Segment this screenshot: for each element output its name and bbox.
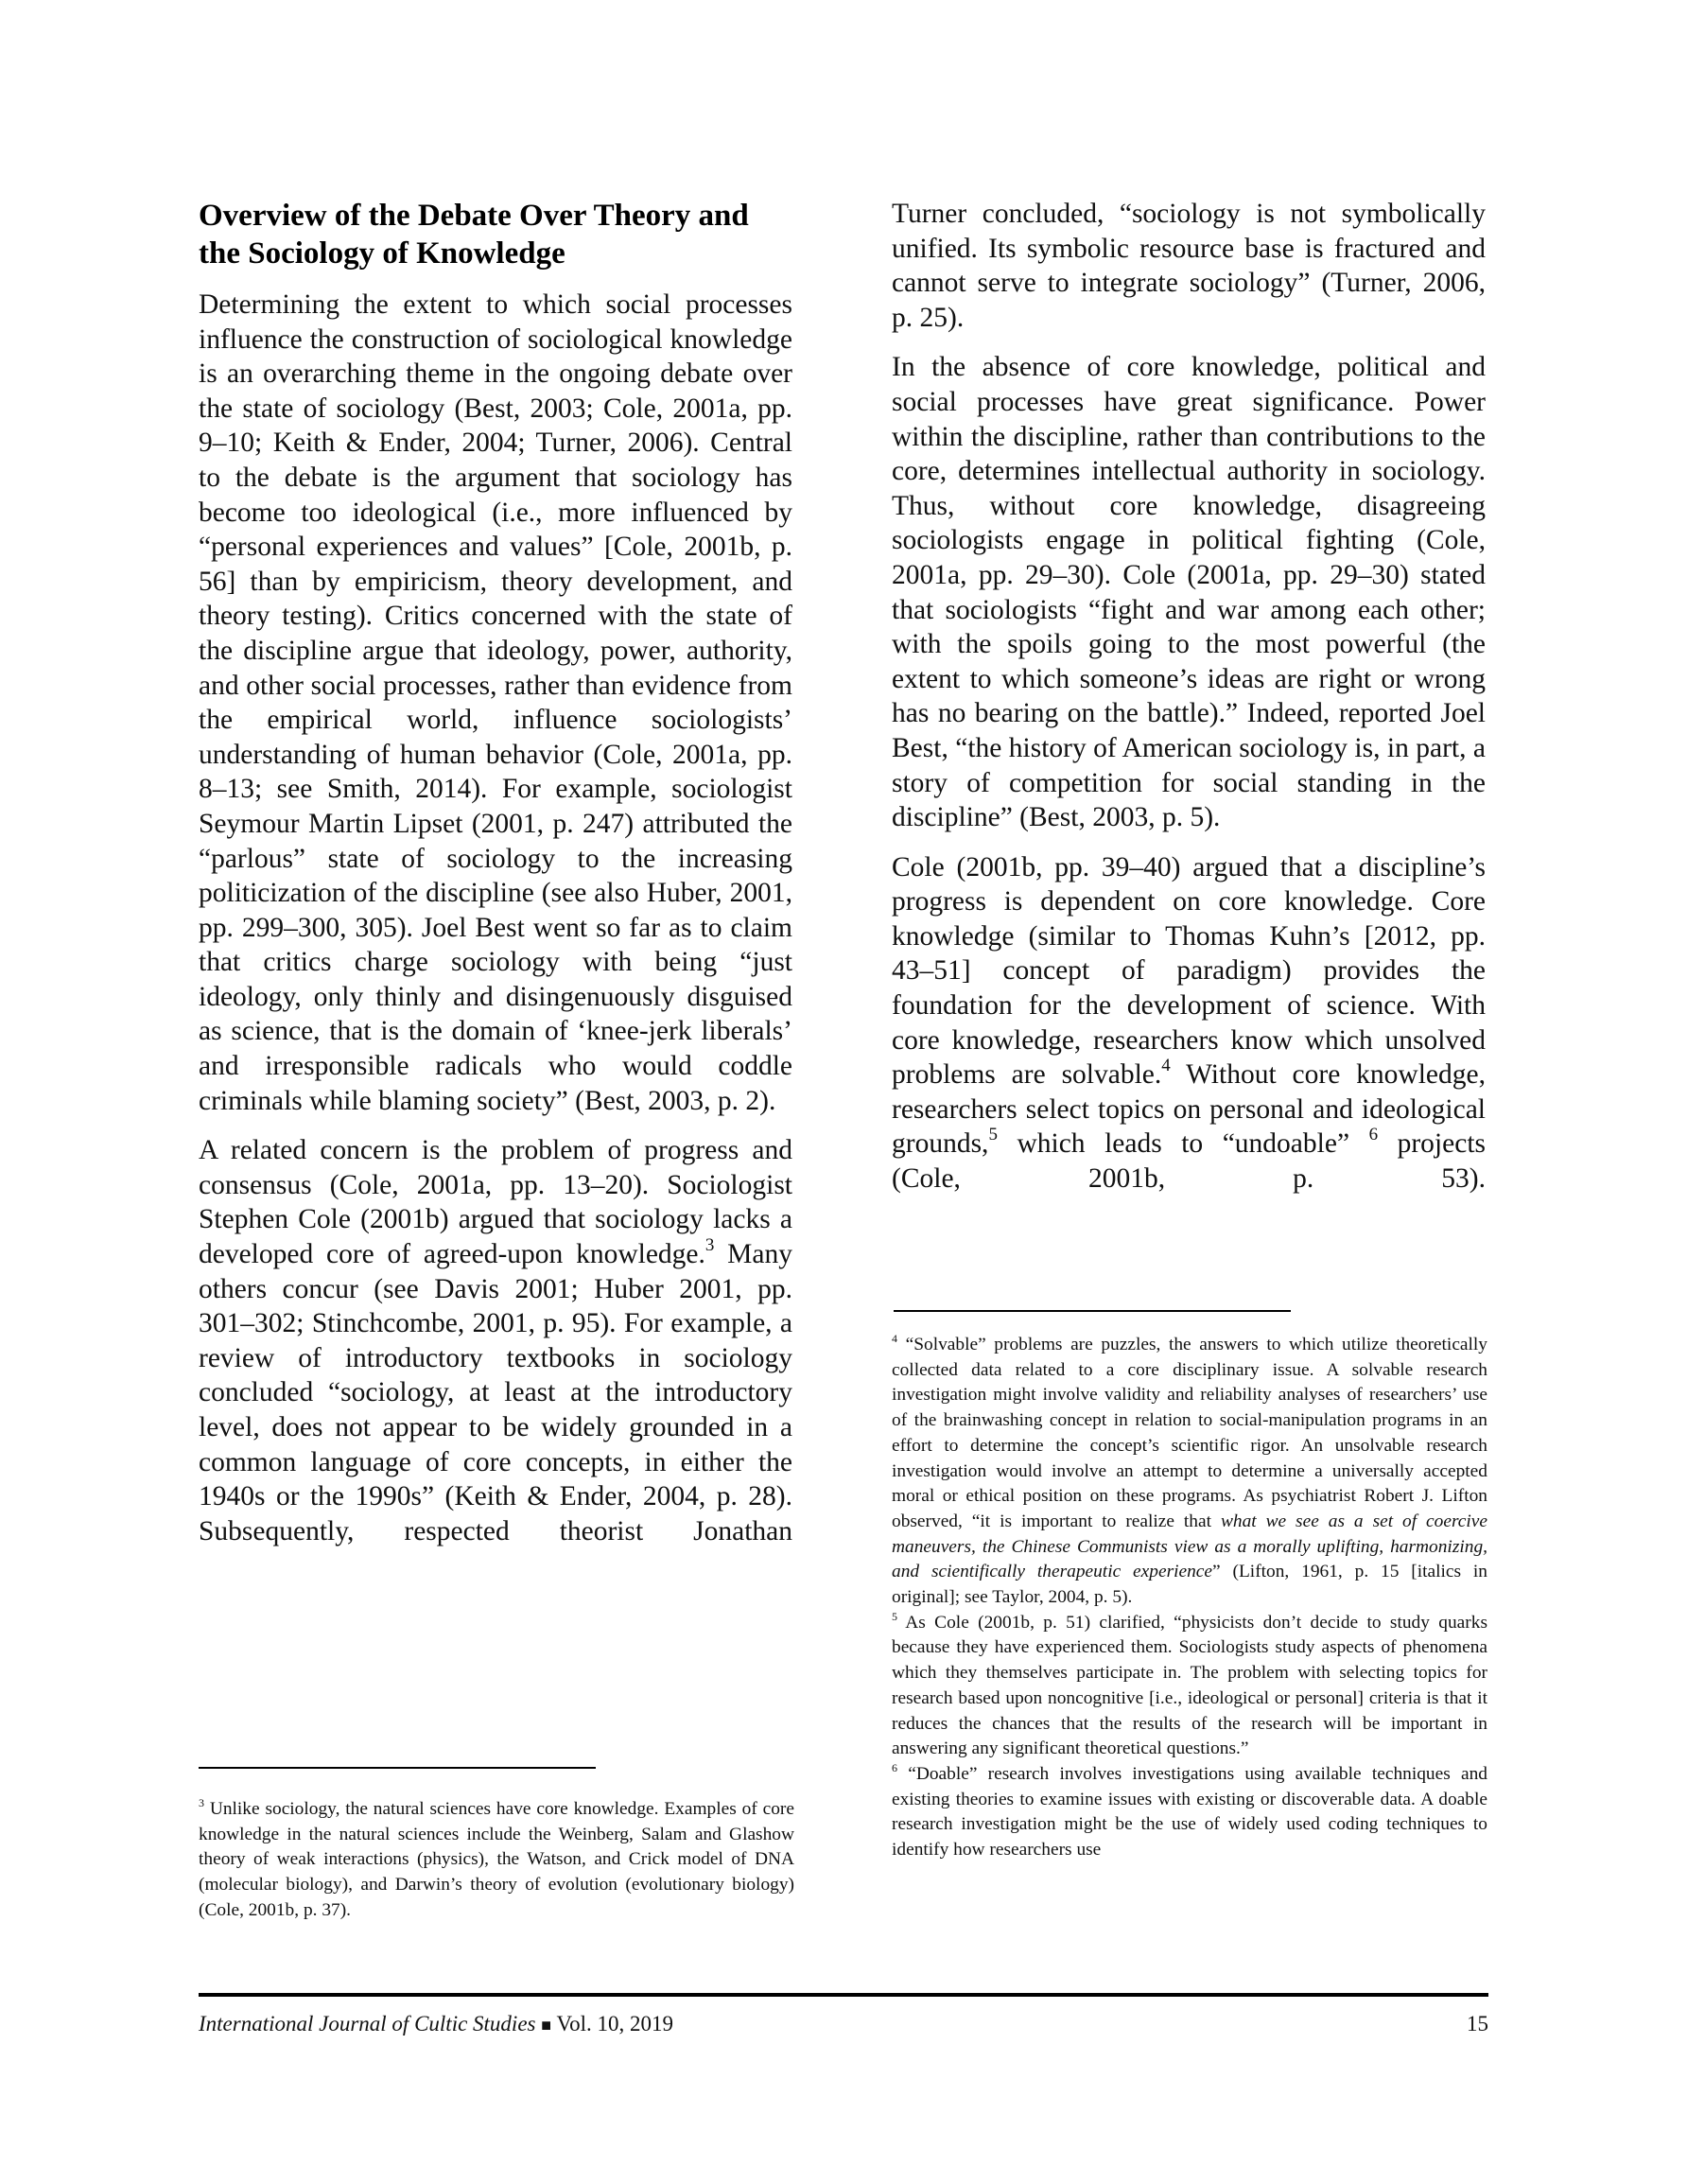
body-paragraph: Determining the extent to which social p… xyxy=(199,288,792,1118)
left-column: Overview of the Debate Over Theory and t… xyxy=(199,197,792,1564)
footnote-ref-3[interactable]: 3 xyxy=(705,1235,715,1255)
paragraph-text: Many others concur (see Davis 2001; Hube… xyxy=(199,1239,792,1546)
footnote-separator xyxy=(894,1310,1291,1312)
section-title-line2: the Sociology of Knowledge xyxy=(199,236,565,271)
square-separator-icon: ■ xyxy=(541,2016,551,2035)
body-paragraph: A related concern is the problem of prog… xyxy=(199,1133,792,1548)
footnote-3: 3 Unlike sociology, the natural sciences… xyxy=(199,1797,794,1924)
volume-info: Vol. 10, 2019 xyxy=(551,2012,673,2035)
body-paragraph: Cole (2001b, pp. 39–40) argued that a di… xyxy=(892,850,1486,1197)
page-footer: International Journal of Cultic Studies … xyxy=(199,2010,1488,2038)
footnote-text: “Solvable” problems are puzzles, the ans… xyxy=(892,1335,1487,1531)
footnote-ref-6[interactable]: 6 xyxy=(1369,1125,1379,1144)
footnotes-right: 4 “Solvable” problems are puzzles, the a… xyxy=(892,1333,1487,1863)
paragraph-text: which leads to “undoable” xyxy=(998,1128,1369,1159)
footnote-6: 6 “Doable” research involves investigati… xyxy=(892,1762,1487,1863)
paragraph-text: Cole (2001b, pp. 39–40) argued that a di… xyxy=(892,852,1486,1091)
footnote-4: 4 “Solvable” problems are puzzles, the a… xyxy=(892,1333,1487,1611)
footnote-5: 5 As Cole (2001b, p. 51) clarified, “phy… xyxy=(892,1611,1487,1762)
page-number: 15 xyxy=(1467,2010,1488,2038)
section-title-line1: Overview of the Debate Over Theory and xyxy=(199,199,749,233)
body-paragraph: Turner concluded, “sociology is not symb… xyxy=(892,197,1486,335)
journal-title: International Journal of Cultic Studies xyxy=(199,2012,535,2035)
footnote-ref-5[interactable]: 5 xyxy=(988,1125,998,1144)
footnote-text: “Doable” research involves investigation… xyxy=(892,1764,1487,1860)
footnotes-left: 3 Unlike sociology, the natural sciences… xyxy=(199,1797,794,1924)
footnote-separator xyxy=(199,1767,596,1769)
footnote-text: Unlike sociology, the natural sciences h… xyxy=(199,1799,794,1920)
right-column: Turner concluded, “sociology is not symb… xyxy=(892,197,1486,1212)
paragraph-text: A related concern is the problem of prog… xyxy=(199,1135,792,1269)
footnote-text: As Cole (2001b, p. 51) clarified, “physi… xyxy=(892,1613,1487,1759)
body-paragraph: In the absence of core knowledge, politi… xyxy=(892,350,1486,834)
footnote-ref-4[interactable]: 4 xyxy=(1161,1056,1171,1075)
footer-rule xyxy=(199,1993,1488,1997)
section-title: Overview of the Debate Over Theory and t… xyxy=(199,197,792,272)
